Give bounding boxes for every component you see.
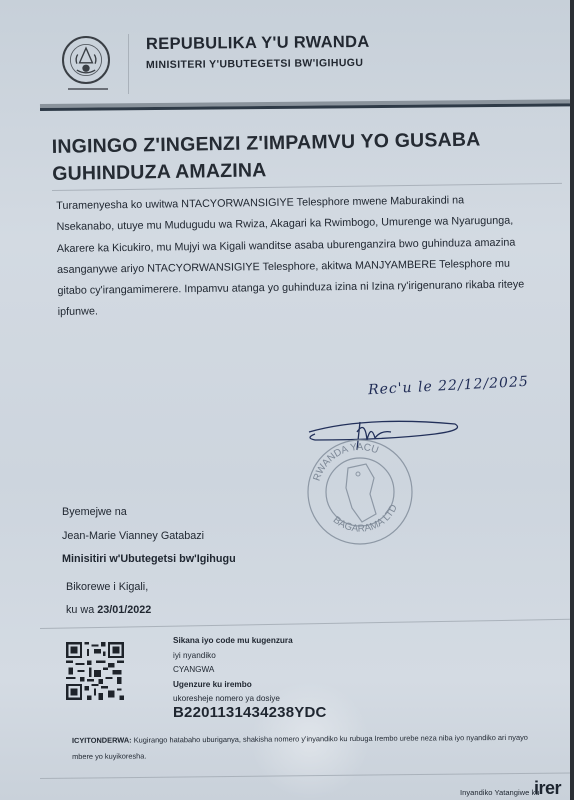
notice-label: ICYITONDERWA:	[72, 736, 132, 745]
svg-text:BAGARAMA LTD: BAGARAMA LTD	[331, 503, 400, 535]
file-number: B2201131434238YDC	[173, 704, 327, 721]
company-stamp-icon: RWANDA YACU BAGARAMA LTD	[300, 430, 420, 550]
stamp-text-top: RWANDA YACU	[312, 442, 380, 483]
verify-line: iyi nyandiko	[173, 649, 293, 664]
issue-place: Bikorewe i Kigali,	[66, 581, 148, 593]
document-title: INGINGO Z'INGENZI Z'IMPAMVU YO GUSABA GU…	[52, 125, 553, 188]
verification-instructions: Sikana iyo code mu kugenzura iyi nyandik…	[173, 634, 293, 707]
document-body: Turamenyesha ko uwitwa NTACYORWANSIGIYE …	[56, 189, 558, 324]
document-header: REPUBULIKA Y'U RWANDA MINISITERI Y'UBUTE…	[56, 28, 536, 98]
verify-line: CYANGWA	[173, 663, 293, 678]
issued-by-label: Inyandiko Yatangiwe ku	[460, 788, 540, 797]
emblem-motto	[68, 88, 108, 90]
ministry-name: MINISITERI Y'UBUTEGETSI BW'IGIHUGU	[146, 57, 363, 71]
rwanda-coat-of-arms-icon	[62, 36, 110, 84]
issue-date-line: ku wa 23/01/2022	[66, 604, 151, 616]
country-name: REPUBULIKA Y'U RWANDA	[146, 33, 370, 54]
verify-line: Ugenzure ku irembo	[173, 678, 293, 693]
issue-date-prefix: ku wa	[66, 604, 94, 616]
issue-date: 23/01/2022	[97, 604, 151, 616]
approver-name: Jean-Marie Vianney Gatabazi	[62, 530, 204, 542]
qr-code-icon[interactable]	[66, 642, 124, 700]
verify-line: Sikana iyo code mu kugenzura	[173, 634, 293, 649]
notice-text: Kugirango hatabaho uburiganya, shakisha …	[134, 733, 528, 745]
handwritten-receipt-note: Rec'u le 22/12/2025	[368, 374, 530, 398]
irembo-logo: irer	[534, 778, 561, 799]
header-divider	[128, 34, 129, 94]
section-rule	[40, 619, 570, 629]
approver-title: Minisitiri w'Ubutegetsi bw'Igihugu	[62, 553, 236, 565]
fraud-notice: ICYITONDERWA: Kugirango hatabaho uburiga…	[72, 729, 574, 765]
page-edge-shadow	[570, 0, 574, 800]
approved-by-label: Byemejwe na	[62, 506, 127, 518]
stamp-text-bottom: BAGARAMA LTD	[331, 503, 400, 535]
header-rule	[40, 99, 570, 112]
svg-text:RWANDA YACU: RWANDA YACU	[312, 442, 380, 483]
